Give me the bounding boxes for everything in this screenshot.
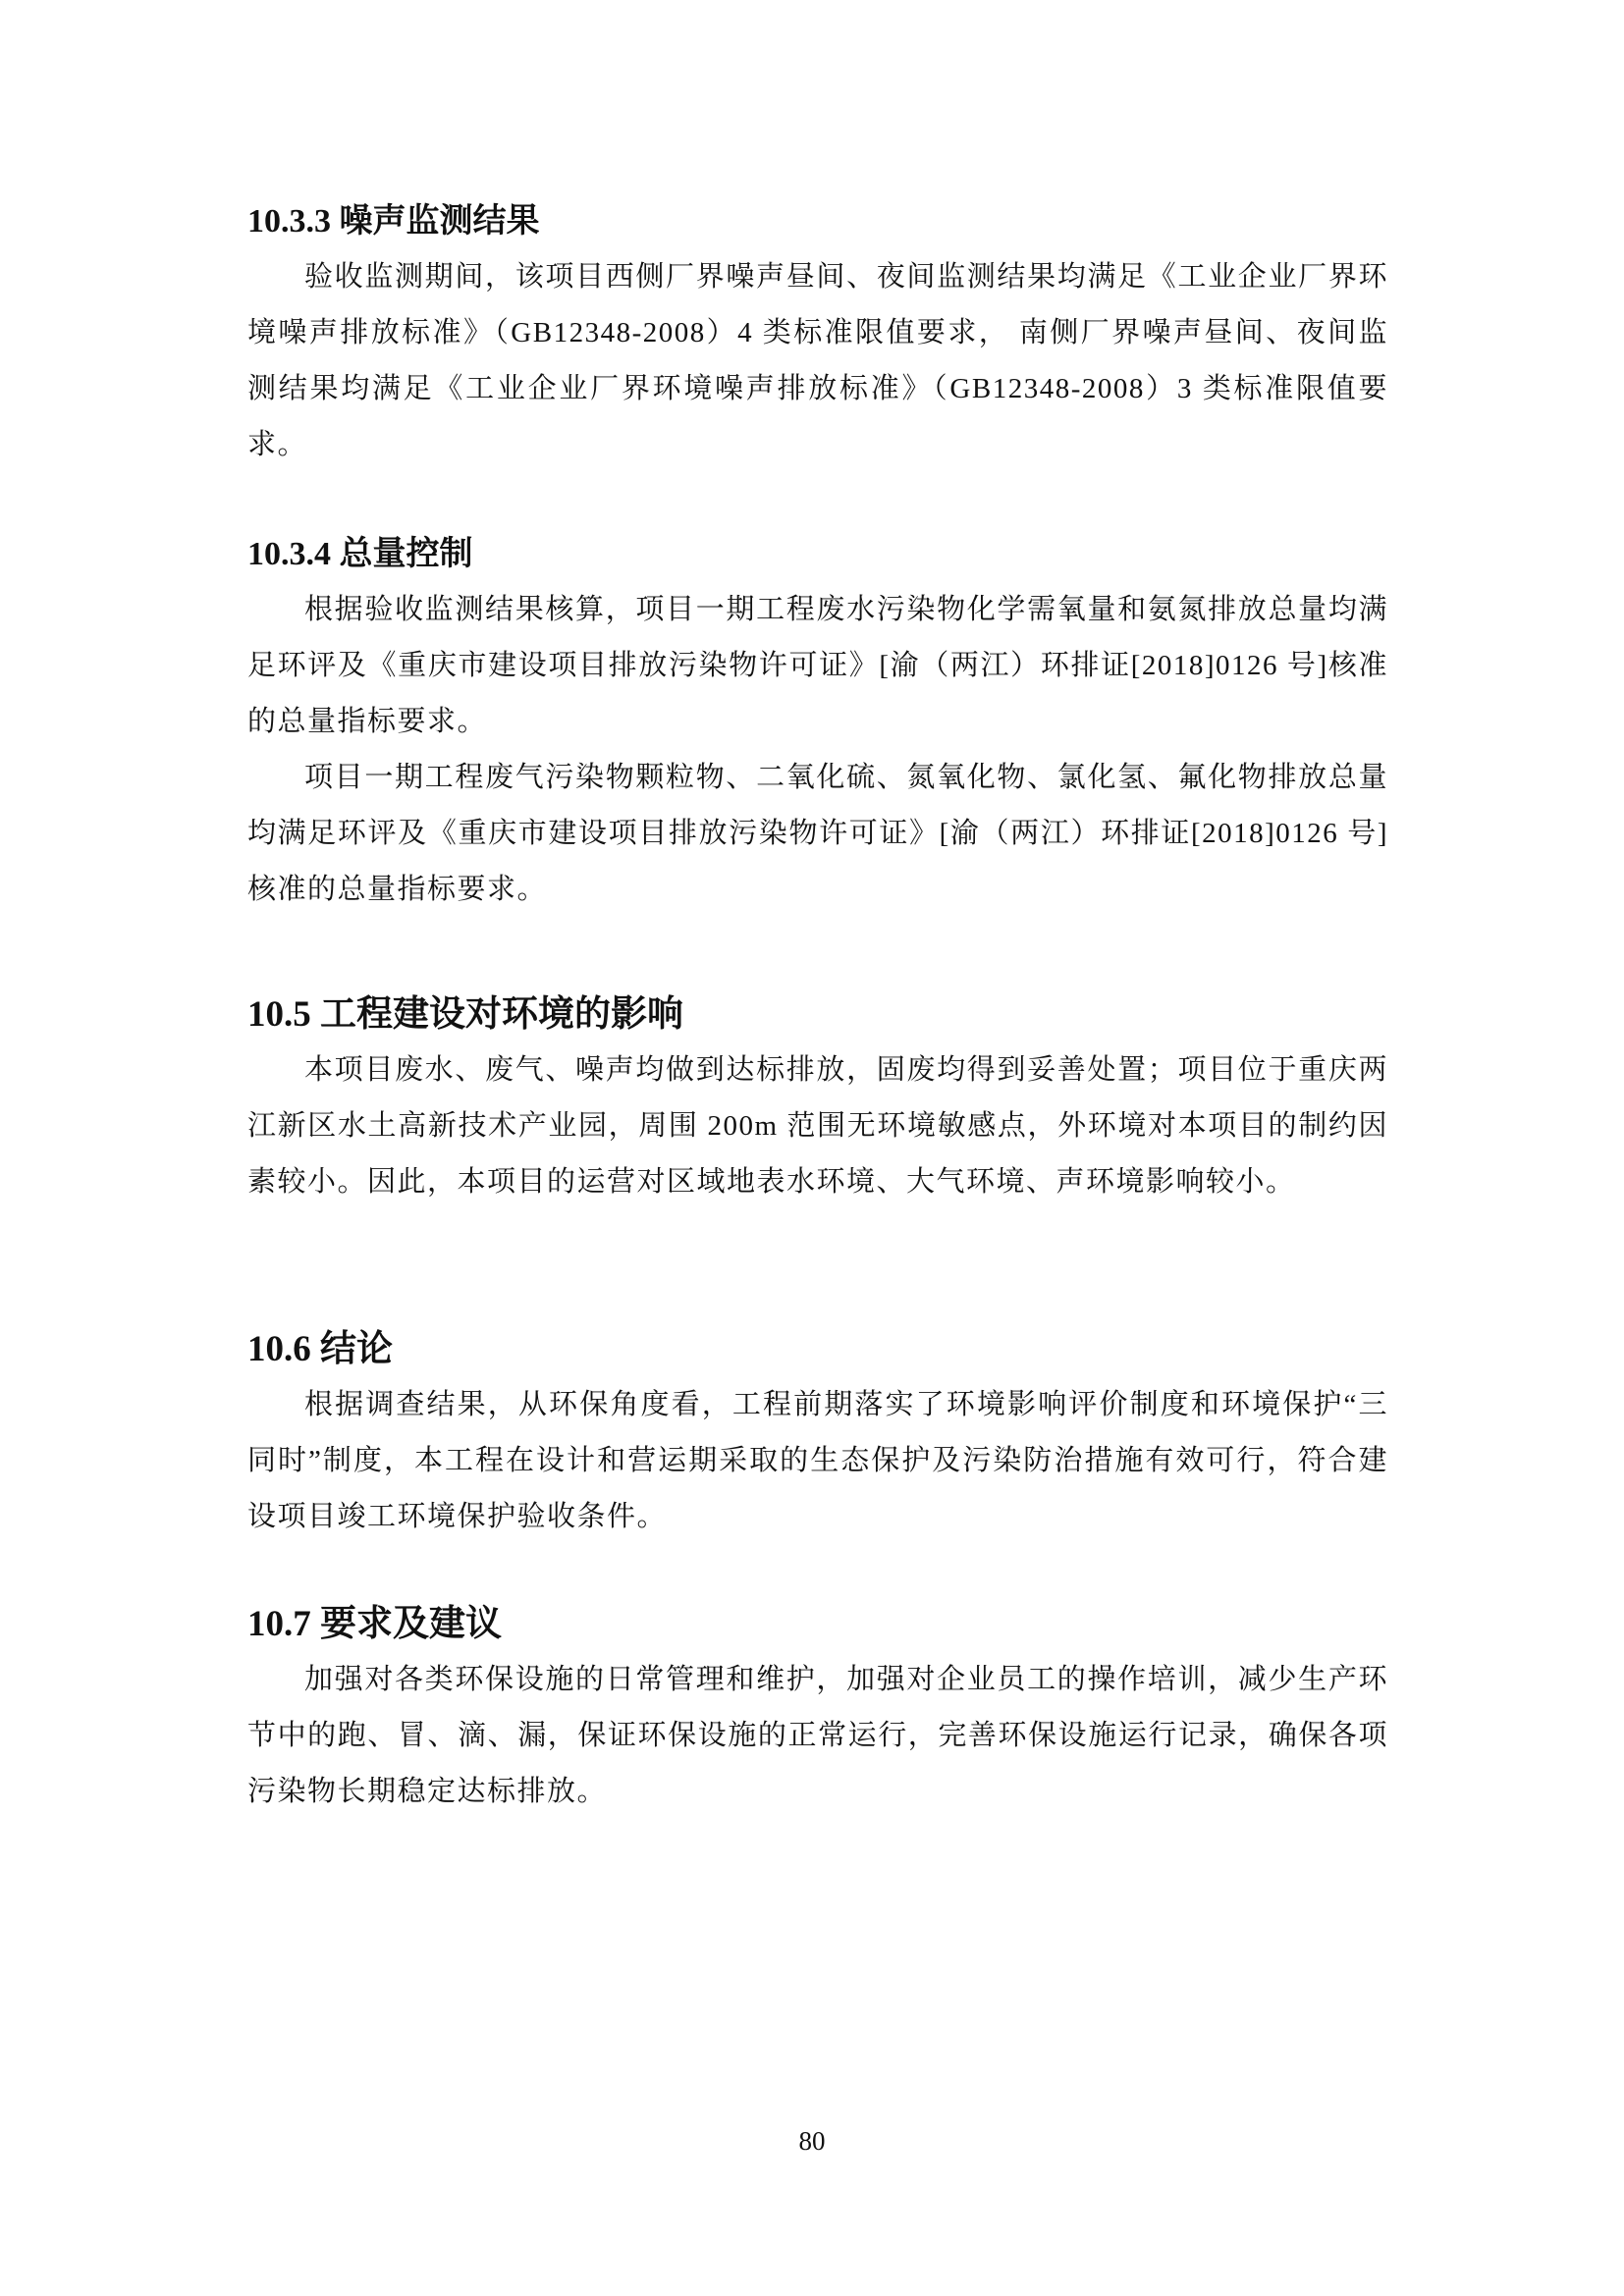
paragraph: 验收监测期间，该项目西侧厂界噪声昼间、夜间监测结果均满足《工业企业厂界环境噪声排… [247, 249, 1388, 473]
paragraph: 根据验收监测结果核算，项目一期工程废水污染物化学需氧量和氨氮排放总量均满足环评及… [247, 582, 1388, 750]
section-noise-monitoring: 10.3.3 噪声监测结果 验收监测期间，该项目西侧厂界噪声昼间、夜间监测结果均… [247, 193, 1388, 473]
section-heading: 10.7 要求及建议 [247, 1596, 1388, 1652]
paragraph: 项目一期工程废气污染物颗粒物、二氧化硫、氮氧化物、氯化氢、氟化物排放总量均满足环… [247, 750, 1388, 918]
section-heading: 10.3.3 噪声监测结果 [247, 193, 1388, 249]
paragraph: 加强对各类环保设施的日常管理和维护，加强对企业员工的操作培训，减少生产环节中的跑… [247, 1652, 1388, 1820]
section-conclusion: 10.6 结论 根据调查结果，从环保角度看，工程前期落实了环境影响评价制度和环境… [247, 1321, 1388, 1545]
section-total-control: 10.3.4 总量控制 根据验收监测结果核算，项目一期工程废水污染物化学需氧量和… [247, 526, 1388, 918]
paragraph: 根据调查结果，从环保角度看，工程前期落实了环境影响评价制度和环境保护“三同时”制… [247, 1377, 1388, 1545]
section-heading: 10.3.4 总量控制 [247, 526, 1388, 582]
section-heading: 10.6 结论 [247, 1321, 1388, 1377]
paragraph: 本项目废水、废气、噪声均做到达标排放，固废均得到妥善处置；项目位于重庆两江新区水… [247, 1042, 1388, 1210]
section-requirements-suggestions: 10.7 要求及建议 加强对各类环保设施的日常管理和维护，加强对企业员工的操作培… [247, 1596, 1388, 1820]
section-environmental-impact: 10.5 工程建设对环境的影响 本项目废水、废气、噪声均做到达标排放，固废均得到… [247, 987, 1388, 1210]
page-number: 80 [0, 2126, 1624, 2157]
section-heading: 10.5 工程建设对环境的影响 [247, 987, 1388, 1042]
